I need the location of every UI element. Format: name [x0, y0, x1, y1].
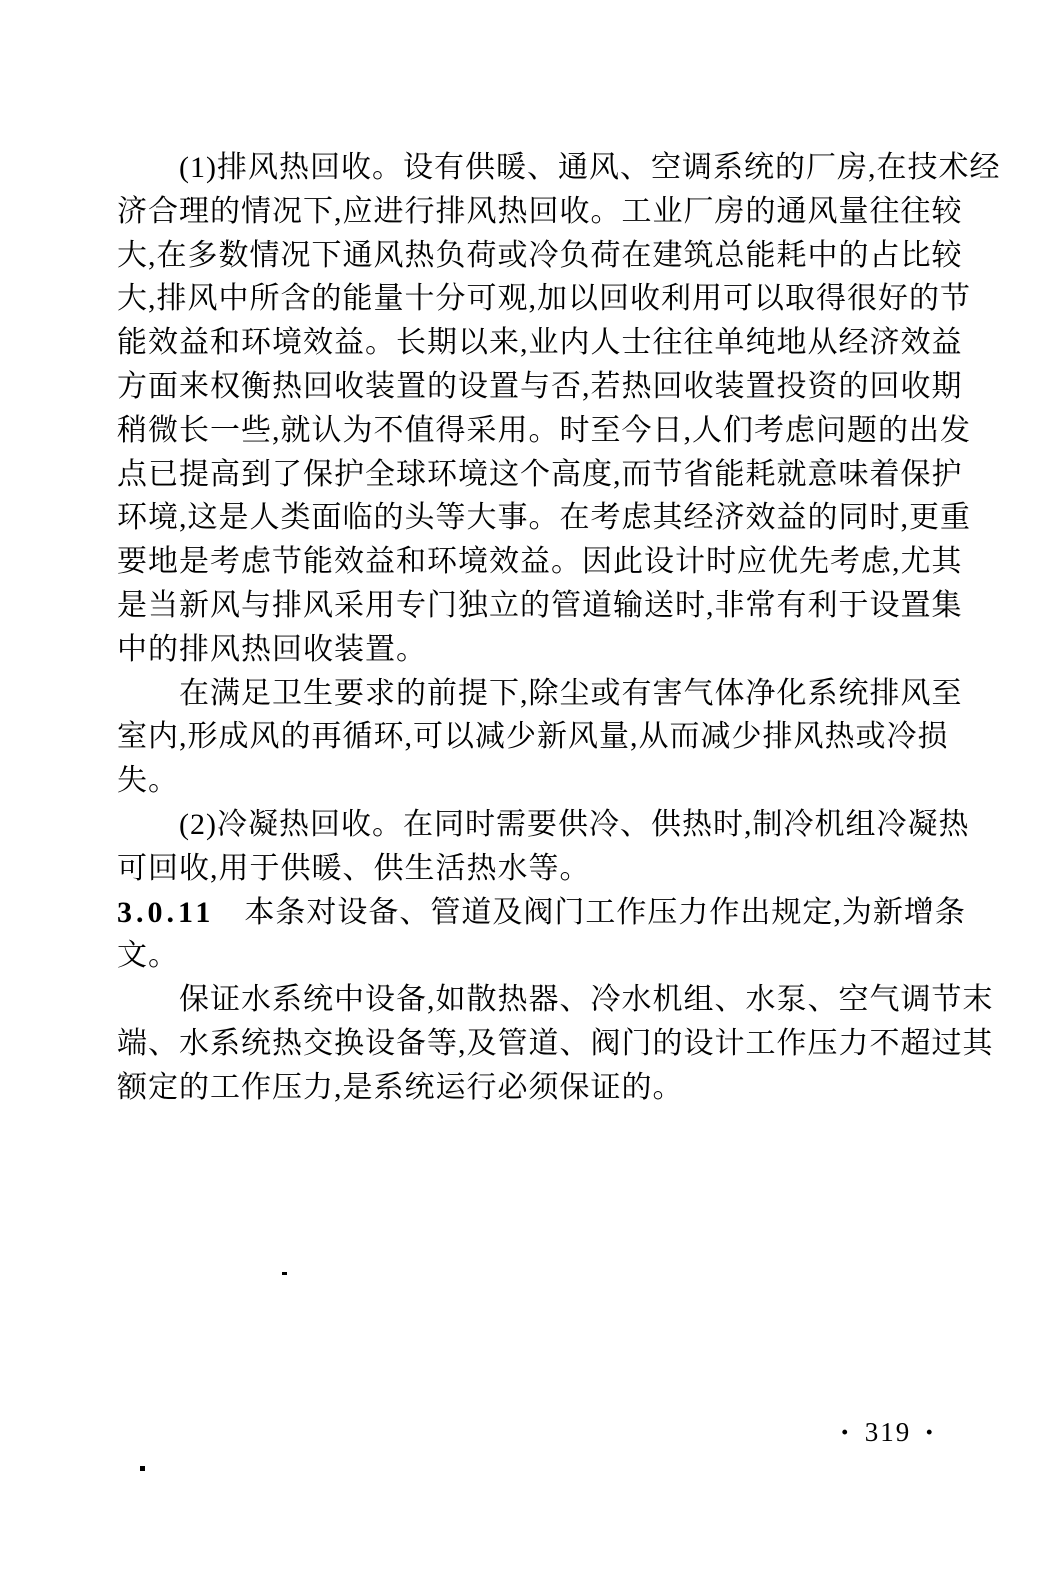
text-line: 稍微长一些,就认为不值得采用。时至今日,人们考虑问题的出发: [117, 409, 979, 453]
text-line: 失。: [117, 759, 979, 803]
clause-number: 3.0.11: [117, 896, 214, 929]
paragraph-clause-3-0-11: 3.0.11本条对设备、管道及阀门工作压力作出规定,为新增条文。: [117, 891, 979, 979]
text-line: 文。: [117, 934, 979, 978]
page-number: 319: [865, 1417, 912, 1448]
page-footer: · 319 ·: [828, 1417, 948, 1448]
text-line: 济合理的情况下,应进行排风热回收。工业厂房的通风量往往较: [117, 190, 979, 234]
text-line: 在满足卫生要求的前提下,除尘或有害气体净化系统排风至: [117, 672, 979, 716]
paragraph-item-2-condensing-heat-recovery: (2)冷凝热回收。在同时需要供冷、供热时,制冷机组冷凝热可回收,用于供暖、供生活…: [117, 803, 979, 891]
paragraph-clause-3-0-11-explanation: 保证水系统中设备,如散热器、冷水机组、水泵、空气调节末端、水系统热交换设备等,及…: [117, 978, 979, 1109]
text-line: (1)排风热回收。设有供暖、通风、空调系统的厂房,在技术经: [117, 146, 979, 190]
text-line: 3.0.11本条对设备、管道及阀门工作压力作出规定,为新增条: [117, 891, 979, 935]
text-line: 大,排风中所含的能量十分可观,加以回收利用可以取得很好的节: [117, 277, 979, 321]
text-line: 大,在多数情况下通风热负荷或冷负荷在建筑总能耗中的占比较: [117, 234, 979, 278]
footer-right-dot: ·: [924, 1419, 936, 1446]
text-line: 端、水系统热交换设备等,及管道、阀门的设计工作压力不超过其: [117, 1022, 979, 1066]
scanned-document-page: (1)排风热回收。设有供暖、通风、空调系统的厂房,在技术经济合理的情况下,应进行…: [0, 0, 1059, 1586]
text-line: 方面来权衡热回收装置的设置与否,若热回收装置投资的回收期: [117, 365, 979, 409]
text-line: 中的排风热回收装置。: [117, 628, 979, 672]
text-line: 室内,形成风的再循环,可以减少新风量,从而减少排风热或冷损: [117, 715, 979, 759]
text-line: (2)冷凝热回收。在同时需要供冷、供热时,制冷机组冷凝热: [117, 803, 979, 847]
scan-artifact-speck: [140, 1466, 145, 1471]
text-line: 是当新风与排风采用专门独立的管道输送时,非常有利于设置集: [117, 584, 979, 628]
footer-left-dot: ·: [840, 1419, 852, 1446]
text-line: 能效益和环境效益。长期以来,业内人士往往单纯地从经济效益: [117, 321, 979, 365]
text-line: 额定的工作压力,是系统运行必须保证的。: [117, 1066, 979, 1110]
text-line: 点已提高到了保护全球环境这个高度,而节省能耗就意味着保护: [117, 453, 979, 497]
text-line: 要地是考虑节能效益和环境效益。因此设计时应优先考虑,尤其: [117, 540, 979, 584]
document-text: (1)排风热回收。设有供暖、通风、空调系统的厂房,在技术经济合理的情况下,应进行…: [117, 146, 979, 1110]
text-line: 可回收,用于供暖、供生活热水等。: [117, 847, 979, 891]
text-line: 保证水系统中设备,如散热器、冷水机组、水泵、空气调节末: [117, 978, 979, 1022]
paragraph-item-1-exhaust-air-heat-recovery: (1)排风热回收。设有供暖、通风、空调系统的厂房,在技术经济合理的情况下,应进行…: [117, 146, 979, 672]
scan-artifact-speck: [282, 1272, 287, 1275]
text-line: 环境,这是人类面临的头等大事。在考虑其经济效益的同时,更重: [117, 496, 979, 540]
paragraph-recirculation-note: 在满足卫生要求的前提下,除尘或有害气体净化系统排风至室内,形成风的再循环,可以减…: [117, 672, 979, 803]
